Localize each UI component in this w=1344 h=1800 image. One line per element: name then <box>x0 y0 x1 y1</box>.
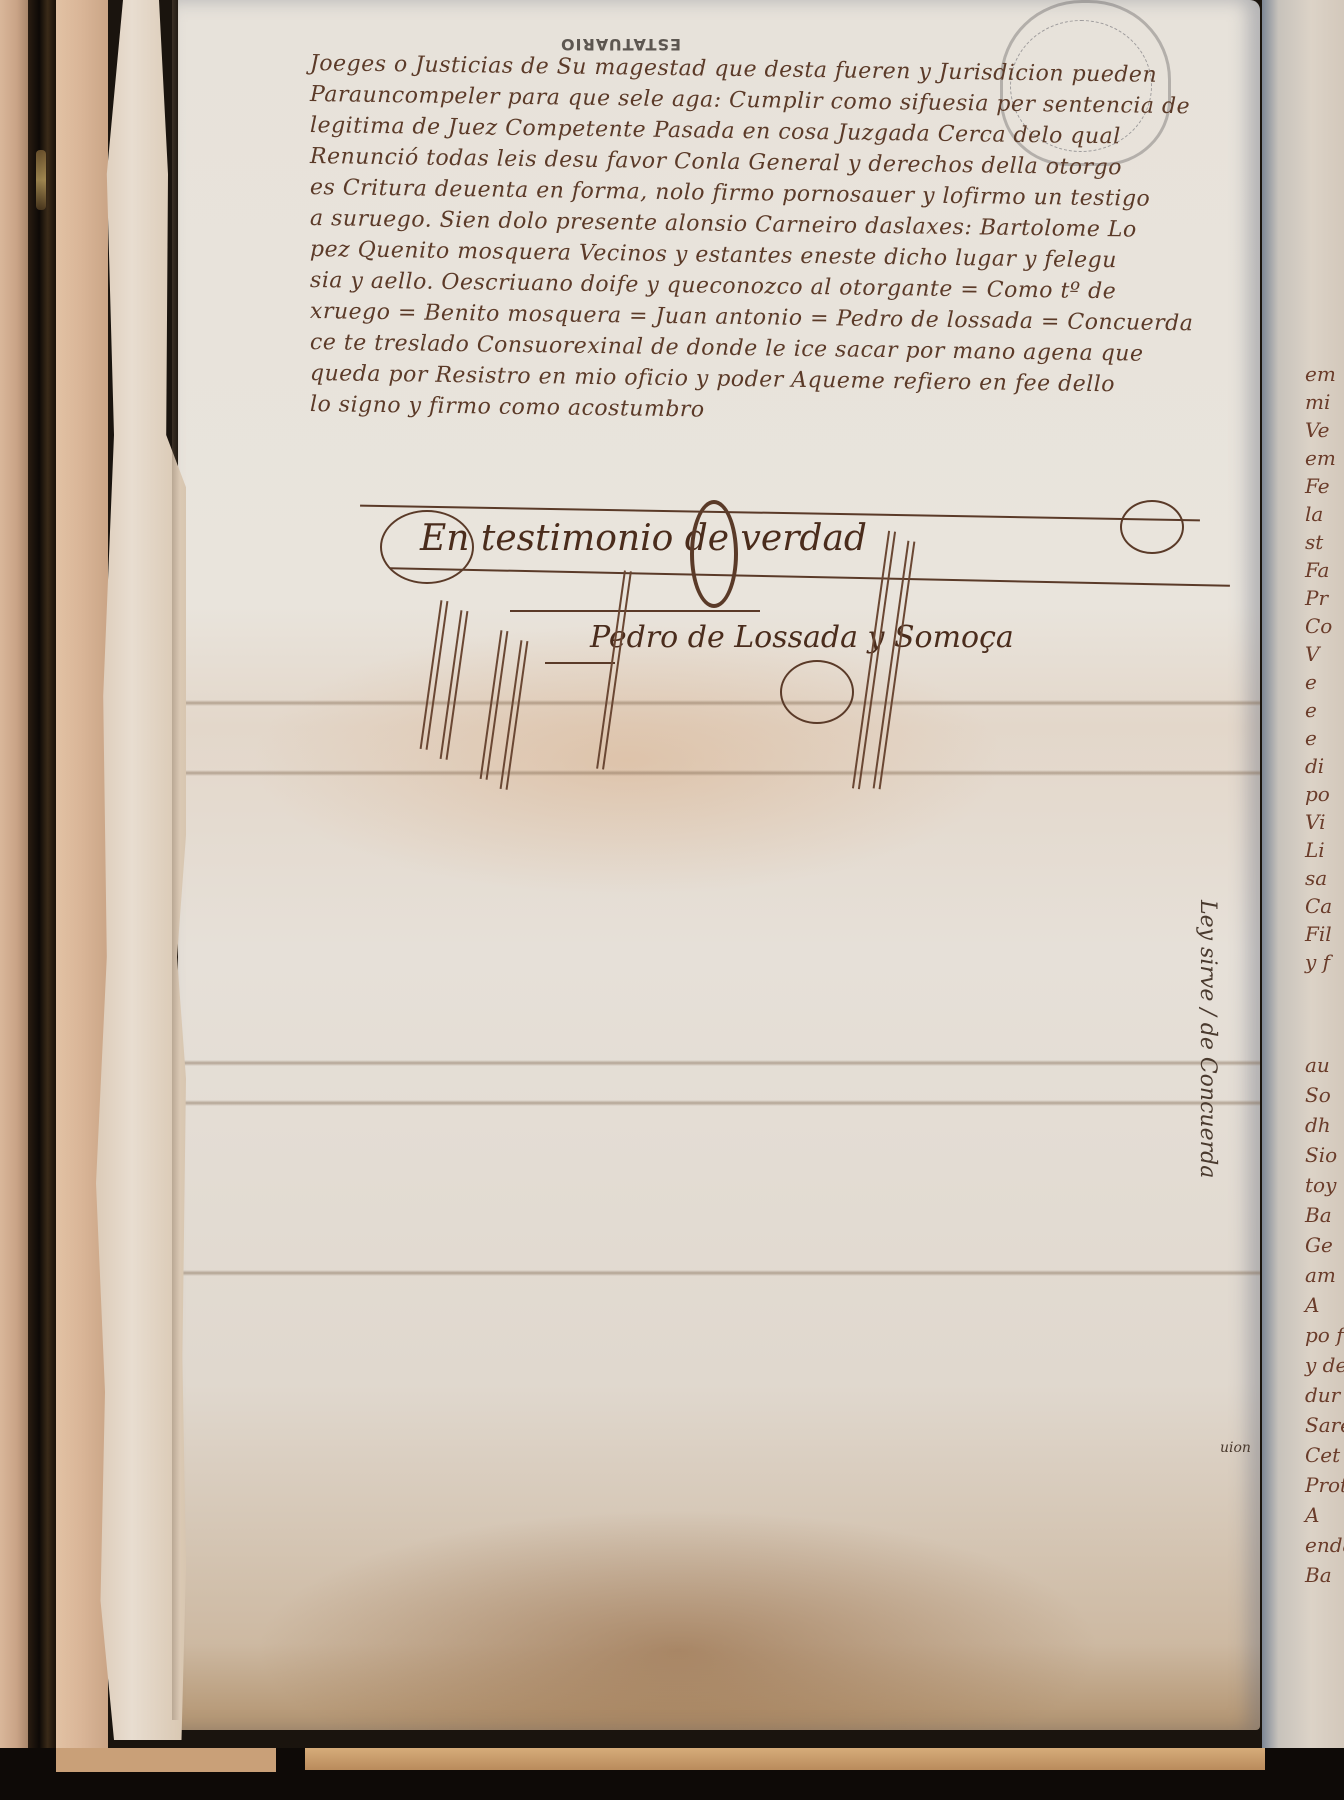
text-fragment: em <box>1305 444 1344 472</box>
text-fragment: e <box>1305 724 1344 752</box>
text-fragment: enda <box>1305 1530 1344 1560</box>
margin-note-small: uion <box>1220 1440 1251 1456</box>
signature-testimonio: En testimonio de verdad <box>420 518 867 559</box>
text-fragment: sa <box>1305 864 1344 892</box>
signature-flourish <box>380 510 474 584</box>
text-fragment: st <box>1305 528 1344 556</box>
text-fragment: So <box>1305 1080 1344 1110</box>
text-fragment: dh <box>1305 1110 1344 1140</box>
fold-line <box>178 1060 1260 1066</box>
text-fragment: Sare <box>1305 1410 1344 1440</box>
text-fragment: Ba <box>1305 1560 1344 1590</box>
signature-rule <box>390 567 1230 587</box>
text-fragment: Prot <box>1305 1470 1344 1500</box>
wooden-board-left <box>0 0 28 1800</box>
text-fragment: Fe <box>1305 472 1344 500</box>
signature-flourish <box>1120 500 1184 554</box>
text-fragment: Ge <box>1305 1230 1344 1260</box>
text-fragment: y de <box>1305 1350 1344 1380</box>
text-fragment: am <box>1305 1260 1344 1290</box>
text-fragment: A <box>1305 1500 1344 1530</box>
fold-line <box>178 1270 1260 1276</box>
text-fragment: di <box>1305 752 1344 780</box>
rubric-stroke <box>596 570 632 769</box>
signature-rule <box>545 662 615 664</box>
signature-notary-name: Pedro de Lossada y Somoça <box>590 620 1014 655</box>
text-fragment: y f <box>1305 948 1344 976</box>
text-fragment: Fa <box>1305 556 1344 584</box>
manuscript-photo: ESTATUARIO Joeges o Justicias de Su mage… <box>0 0 1344 1800</box>
rubric-stroke <box>852 531 896 790</box>
text-fragment: e <box>1305 668 1344 696</box>
text-fragment: em <box>1305 360 1344 388</box>
signature-flourish <box>780 660 854 724</box>
wooden-board-bottom <box>305 1748 1265 1770</box>
notary-sign-mark <box>690 500 738 608</box>
text-fragment: toy <box>1305 1170 1344 1200</box>
text-fragment: V <box>1305 640 1344 668</box>
text-fragment: Cet <box>1305 1440 1344 1470</box>
text-fragment: mi <box>1305 388 1344 416</box>
text-fragment: Sio <box>1305 1140 1344 1170</box>
text-fragment: Vi <box>1305 808 1344 836</box>
text-fragment: dur <box>1305 1380 1344 1410</box>
adjacent-page-text-top: em mi Ve em Fe la st Fa Pr Co V e e e di… <box>1305 360 1344 976</box>
adjacent-page-text-bottom: au So dh Sio toy Ba Ge am A po f y de du… <box>1305 1050 1344 1590</box>
text-fragment: A <box>1305 1290 1344 1320</box>
fold-line <box>178 1100 1260 1106</box>
metal-glint <box>36 150 46 210</box>
text-fragment: la <box>1305 500 1344 528</box>
text-fragment: e <box>1305 696 1344 724</box>
signature-block: En testimonio de verdad Pedro de Lossada… <box>360 490 1240 790</box>
wooden-board <box>56 0 108 1800</box>
text-fragment: Ca <box>1305 892 1344 920</box>
main-handwritten-text: Joeges o Justicias de Su magestad que de… <box>310 48 1240 420</box>
wooden-board-bottom <box>56 1748 276 1772</box>
text-fragment: po f <box>1305 1320 1344 1350</box>
text-fragment: Fil <box>1305 920 1344 948</box>
text-fragment: au <box>1305 1050 1344 1080</box>
binding-shadow <box>172 0 180 1720</box>
text-fragment: Li <box>1305 836 1344 864</box>
binding-gap <box>28 0 56 1800</box>
text-fragment: po <box>1305 780 1344 808</box>
text-fragment: Ve <box>1305 416 1344 444</box>
text-fragment: Co <box>1305 612 1344 640</box>
signature-rule <box>510 610 760 612</box>
margin-note-vertical: Ley sirve / de Concuerda <box>1195 900 1220 1178</box>
text-fragment: Pr <box>1305 584 1344 612</box>
text-fragment: Ba <box>1305 1200 1344 1230</box>
